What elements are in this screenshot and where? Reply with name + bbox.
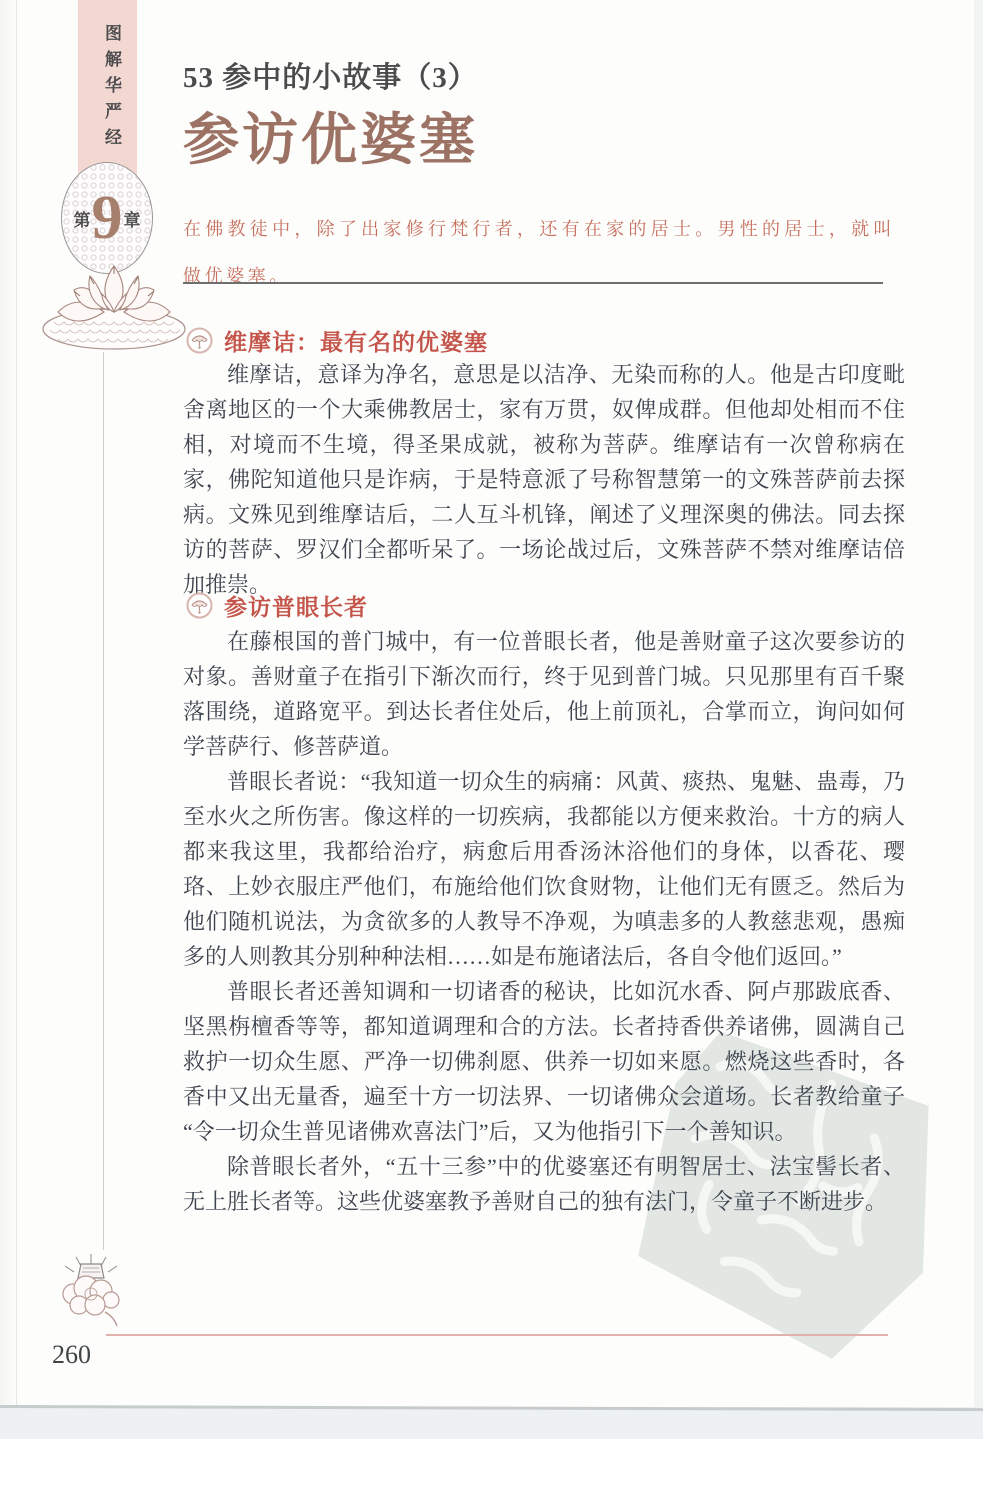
lotus-icon [38,250,190,352]
paragraph: 在藤根国的普门城中，有一位普眼长者，他是善财童子这次要参访的对象。善财童子在指引… [183,624,905,764]
sidebar-rule [103,352,104,1250]
paragraph: 除普眼长者外，“五十三参”中的优婆塞还有明智居士、法宝髻长者、无上胜长者等。这些… [183,1149,905,1219]
footer-rule [106,1334,888,1336]
book-page: 图解华严经 第 9 章 [0,0,983,1489]
paragraph: 维摩诘，意译为净名，意思是以洁净、无染而称的人。他是古印度毗舍离地区的一个大乘佛… [183,357,905,602]
chapter-prefix: 第 [74,206,91,231]
section-heading-weimojie: 维摩诘：最有名的优婆塞 [186,324,488,357]
section-body-puyan: 在藤根国的普门城中，有一位普眼长者，他是善财童子这次要参访的对象。善财童子在指引… [183,624,905,1219]
section-bullet-icon [186,592,213,619]
section-bullet-icon [186,327,213,354]
right-scan-edge [974,0,983,1407]
left-scan-edge [0,0,17,1407]
paragraph: 普眼长者还善知调和一切诸香的秘诀，比如沉水香、阿卢那跋底香、坚黑栴檀香等等，都知… [183,974,905,1149]
intro-text: 在佛教徒中，除了出家修行梵行者，还有在家的居士。男性的居士，就叫做优婆塞。 [183,206,895,300]
intro-divider [183,282,883,284]
section-heading-puyan: 参访普眼长者 [186,589,368,622]
cloud-ornament-icon [53,1248,129,1330]
page-title: 参访优婆塞 [183,96,478,176]
bottom-scan-band [0,1407,983,1439]
section-heading-label: 参访普眼长者 [224,589,368,622]
section-heading-label: 维摩诘：最有名的优婆塞 [224,324,488,357]
page-number: 260 [52,1340,91,1370]
chapter-suffix: 章 [124,206,141,231]
section-body-weimojie: 维摩诘，意译为净名，意思是以洁净、无染而称的人。他是古印度毗舍离地区的一个大乘佛… [183,357,905,602]
chapter-number: 9 [92,187,123,249]
kicker-title: 53 参中的小故事（3） [183,55,478,96]
book-title: 图解华严经 [99,24,124,154]
paragraph: 普眼长者说：“我知道一切众生的病痛：风黄、痰热、鬼魅、蛊毒，乃至水火之所伤害。像… [183,764,905,974]
